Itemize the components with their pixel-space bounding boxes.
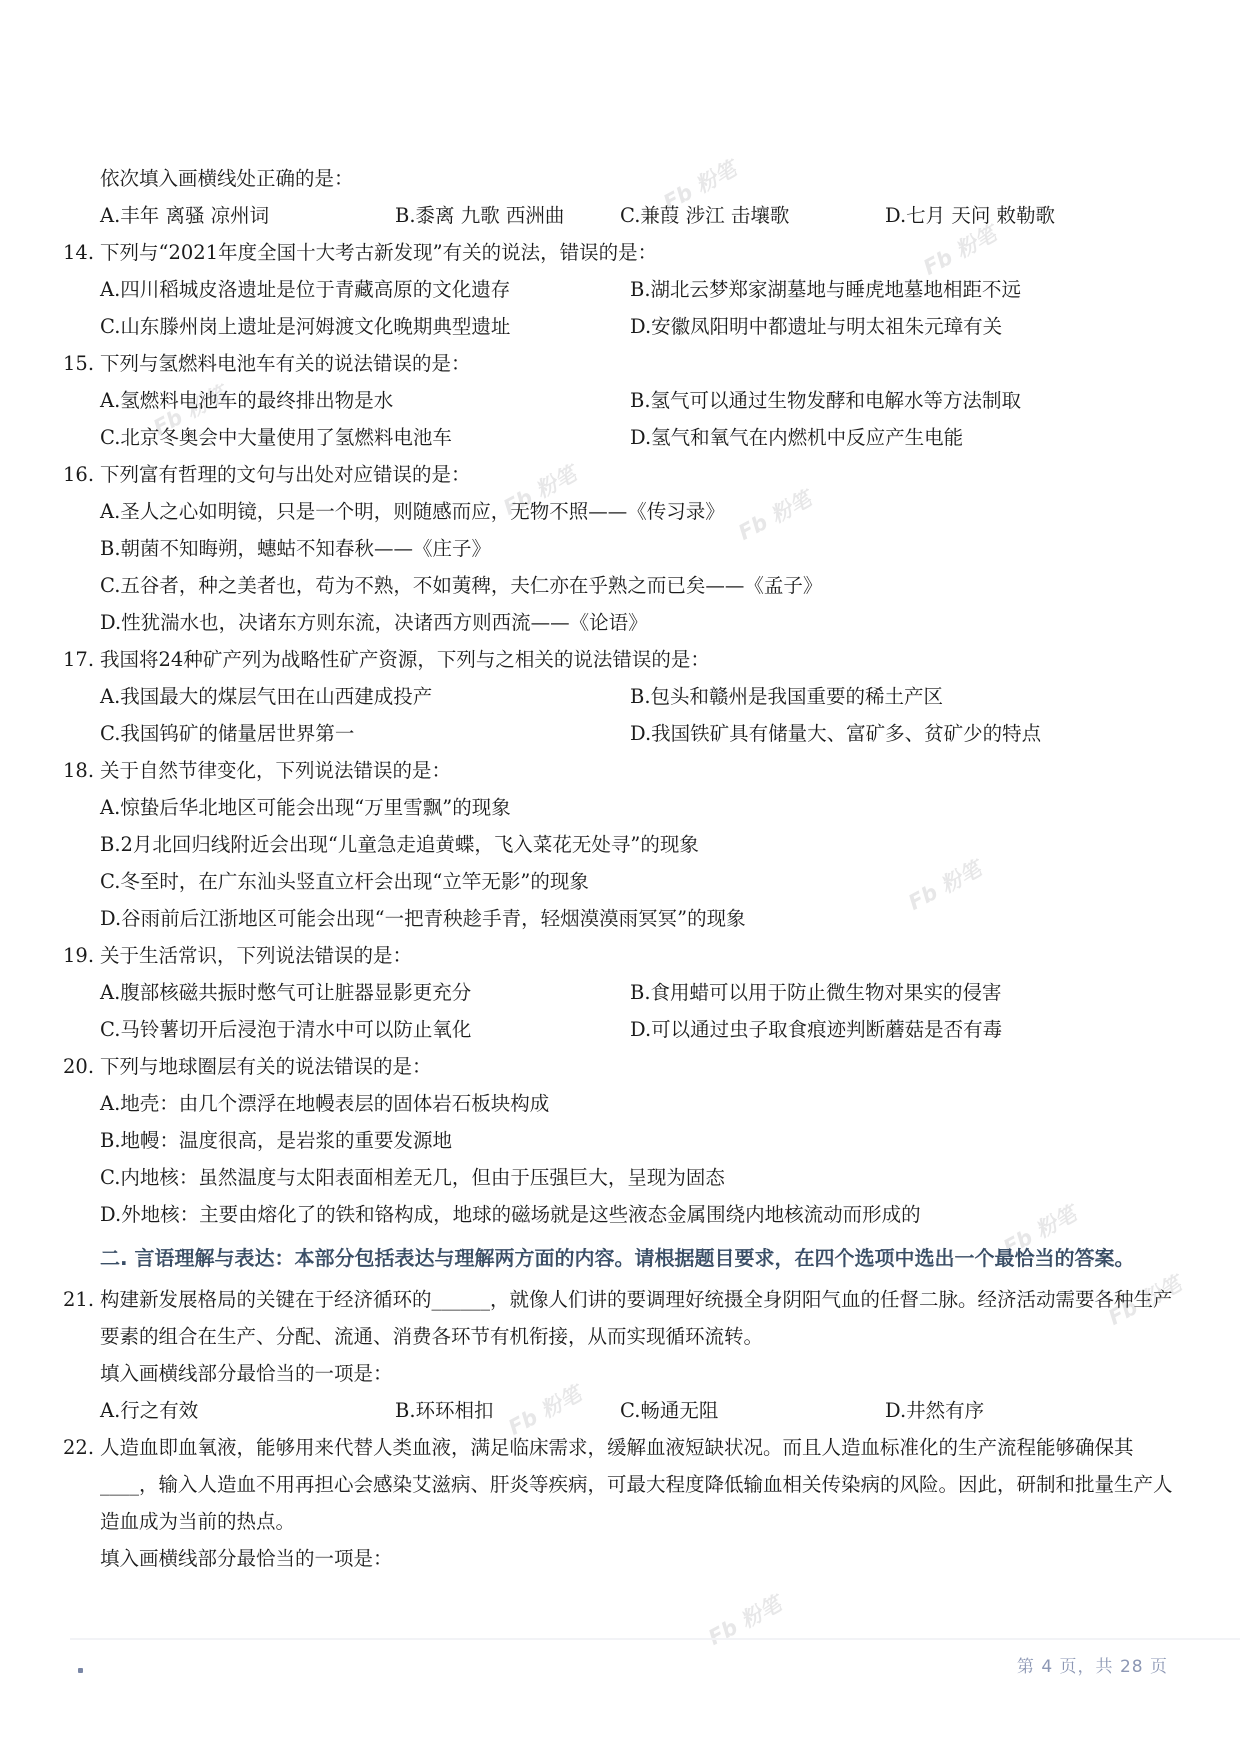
question-stem: 19.关于生活常识，下列说法错误的是：	[60, 937, 1182, 974]
question-19: 19.关于生活常识，下列说法错误的是： A.腹部核磁共振时憋气可让脏器显影更充分…	[60, 937, 1182, 1048]
options-grid: A.氢燃料电池车的最终排出物是水 B.氢气可以通过生物发酵和电解水等方法制取 C…	[60, 382, 1182, 456]
option-d: D.外地核：主要由熔化了的铁和铬构成，地球的磁场就是这些液态金属围绕内地核流动而…	[100, 1196, 1182, 1233]
question-stem: 21.构建新发展格局的关键在于经济循环的______，就像人们讲的要调理好统摄全…	[60, 1281, 1182, 1355]
question-stem: 18.关于自然节律变化，下列说法错误的是：	[60, 752, 1182, 789]
question-18: 18.关于自然节律变化，下列说法错误的是： A.惊蛰后华北地区可能会出现“万里雪…	[60, 752, 1182, 937]
question-number: 17.	[63, 641, 100, 678]
question-number: 22.	[63, 1429, 100, 1466]
option-d: D.可以通过虫子取食痕迹判断蘑菇是否有毒	[630, 1011, 1182, 1048]
option-a: A.行之有效	[100, 1392, 395, 1429]
options-row: A.丰年 离骚 凉州词 B.黍离 九歌 西洲曲 C.兼葭 涉江 击壤歌 D.七月…	[60, 197, 1182, 234]
option-d: D.七月 天问 敕勒歌	[885, 197, 1182, 234]
option-a: A.我国最大的煤层气田在山西建成投产	[100, 678, 630, 715]
question-prompt: 依次填入画横线处正确的是：	[60, 160, 1182, 197]
question-stem: 22.人造血即血氧液，能够用来代替人类血液，满足临床需求，缓解血液短缺状况。而且…	[60, 1429, 1182, 1540]
options-grid: A.腹部核磁共振时憋气可让脏器显影更充分 B.食用蜡可以用于防止微生物对果实的侵…	[60, 974, 1182, 1048]
option-b: B.地幔：温度很高，是岩浆的重要发源地	[100, 1122, 1182, 1159]
question-text: 下列富有哲理的文句与出处对应错误的是：	[100, 463, 471, 486]
option-d: D.井然有序	[885, 1392, 1182, 1429]
option-d: D.谷雨前后江浙地区可能会出现“一把青秧趁手青，轻烟漠漠雨冥冥”的现象	[100, 900, 1182, 937]
question-text: 关于生活常识，下列说法错误的是：	[100, 944, 412, 967]
question-number: 20.	[63, 1048, 100, 1085]
question-prompt: 填入画横线部分最恰当的一项是：	[60, 1355, 1182, 1392]
question-text: 构建新发展格局的关键在于经济循环的______，就像人们讲的要调理好统摄全身阴阳…	[100, 1288, 1173, 1348]
question-21: 21.构建新发展格局的关键在于经济循环的______，就像人们讲的要调理好统摄全…	[60, 1281, 1182, 1429]
option-c: C.五谷者，种之美者也，苟为不熟，不如荑稗，夫仁亦在乎熟之而已矣——《孟子》	[100, 567, 1182, 604]
question-14: 14.下列与“2021年度全国十大考古新发现”有关的说法，错误的是： A.四川稻…	[60, 234, 1182, 345]
question-22: 22.人造血即血氧液，能够用来代替人类血液，满足临床需求，缓解血液短缺状况。而且…	[60, 1429, 1182, 1577]
option-b: B.包头和赣州是我国重要的稀土产区	[630, 678, 1182, 715]
option-b: B.朝菌不知晦朔，蟪蛄不知春秋——《庄子》	[100, 530, 1182, 567]
question-number: 15.	[63, 345, 100, 382]
question-stem: 16.下列富有哲理的文句与出处对应错误的是：	[60, 456, 1182, 493]
options-row: A.行之有效 B.环环相扣 C.畅通无阻 D.井然有序	[60, 1392, 1182, 1429]
question-prompt: 填入画横线部分最恰当的一项是：	[60, 1540, 1182, 1577]
options-list: A.圣人之心如明镜，只是一个明，则随感而应，无物不照——《传习录》 B.朝菌不知…	[60, 493, 1182, 641]
option-a: A.惊蛰后华北地区可能会出现“万里雪飘”的现象	[100, 789, 1182, 826]
question-13-fragment: 依次填入画横线处正确的是： A.丰年 离骚 凉州词 B.黍离 九歌 西洲曲 C.…	[60, 160, 1182, 234]
option-a: A.圣人之心如明镜，只是一个明，则随感而应，无物不照——《传习录》	[100, 493, 1182, 530]
option-c: C.北京冬奥会中大量使用了氢燃料电池车	[100, 419, 630, 456]
question-number: 19.	[63, 937, 100, 974]
option-d: D.氢气和氧气在内燃机中反应产生电能	[630, 419, 1182, 456]
question-text: 下列与地球圈层有关的说法错误的是：	[100, 1055, 432, 1078]
question-number: 16.	[63, 456, 100, 493]
question-20: 20.下列与地球圈层有关的说法错误的是： A.地壳：由几个漂浮在地幔表层的固体岩…	[60, 1048, 1182, 1233]
option-c: C.冬至时，在广东汕头竖直立杆会出现“立竿无影”的现象	[100, 863, 1182, 900]
option-c: C.山东滕州岗上遗址是河姆渡文化晚期典型遗址	[100, 308, 630, 345]
option-c: C.马铃薯切开后浸泡于清水中可以防止氧化	[100, 1011, 630, 1048]
question-16: 16.下列富有哲理的文句与出处对应错误的是： A.圣人之心如明镜，只是一个明，则…	[60, 456, 1182, 641]
question-text: 人造血即血氧液，能够用来代替人类血液，满足临床需求，缓解血液短缺状况。而且人造血…	[100, 1436, 1173, 1533]
question-text: 下列与“2021年度全国十大考古新发现”有关的说法，错误的是：	[100, 241, 657, 264]
question-number: 14.	[63, 234, 100, 271]
option-c: C.内地核：虽然温度与太阳表面相差无几，但由于压强巨大，呈现为固态	[100, 1159, 1182, 1196]
question-text: 关于自然节律变化，下列说法错误的是：	[100, 759, 451, 782]
option-a: A.地壳：由几个漂浮在地幔表层的固体岩石板块构成	[100, 1085, 1182, 1122]
option-c: C.我国钨矿的储量居世界第一	[100, 715, 630, 752]
question-number: 18.	[63, 752, 100, 789]
option-c: C.兼葭 涉江 击壤歌	[620, 197, 885, 234]
footer-divider	[70, 1638, 1240, 1640]
question-text: 我国将24种矿产列为战略性矿产资源，下列与之相关的说法错误的是：	[100, 648, 710, 671]
exam-document-page: Fb 粉笔 Fb 粉笔 Fb 粉笔 Fb 粉笔 Fb 粉笔 Fb 粉笔 Fb 粉…	[0, 0, 1240, 1754]
section-header: 二. 言语理解与表达：本部分包括表达与理解两方面的内容。请根据题目要求，在四个选…	[60, 1238, 1182, 1278]
question-stem: 20.下列与地球圈层有关的说法错误的是：	[60, 1048, 1182, 1085]
options-grid: A.我国最大的煤层气田在山西建成投产 B.包头和赣州是我国重要的稀土产区 C.我…	[60, 678, 1182, 752]
watermark: Fb 粉笔	[703, 1588, 787, 1651]
option-d: D.性犹湍水也，决诸东方则东流，决诸西方则西流——《论语》	[100, 604, 1182, 641]
option-b: B.氢气可以通过生物发酵和电解水等方法制取	[630, 382, 1182, 419]
option-d: D.我国铁矿具有储量大、富矿多、贫矿少的特点	[630, 715, 1182, 752]
option-a: A.腹部核磁共振时憋气可让脏器显影更充分	[100, 974, 630, 1011]
option-b: B.黍离 九歌 西洲曲	[395, 197, 620, 234]
options-list: A.惊蛰后华北地区可能会出现“万里雪飘”的现象 B.2月北回归线附近会出现“儿童…	[60, 789, 1182, 937]
footer-marker-dot	[78, 1668, 83, 1673]
option-d: D.安徽凤阳明中都遗址与明太祖朱元璋有关	[630, 308, 1182, 345]
option-b: B.2月北回归线附近会出现“儿童急走追黄蝶，飞入菜花无处寻”的现象	[100, 826, 1182, 863]
option-c: C.畅通无阻	[620, 1392, 885, 1429]
option-b: B.食用蜡可以用于防止微生物对果实的侵害	[630, 974, 1182, 1011]
option-a: A.氢燃料电池车的最终排出物是水	[100, 382, 630, 419]
question-stem: 14.下列与“2021年度全国十大考古新发现”有关的说法，错误的是：	[60, 234, 1182, 271]
option-a: A.丰年 离骚 凉州词	[100, 197, 395, 234]
option-a: A.四川稻城皮洛遗址是位于青藏高原的文化遗存	[100, 271, 630, 308]
question-stem: 17.我国将24种矿产列为战略性矿产资源，下列与之相关的说法错误的是：	[60, 641, 1182, 678]
options-grid: A.四川稻城皮洛遗址是位于青藏高原的文化遗存 B.湖北云梦郑家湖墓地与睡虎地墓地…	[60, 271, 1182, 345]
option-b: B.湖北云梦郑家湖墓地与睡虎地墓地相距不远	[630, 271, 1182, 308]
question-text: 下列与氢燃料电池车有关的说法错误的是：	[100, 352, 471, 375]
document-content: 依次填入画横线处正确的是： A.丰年 离骚 凉州词 B.黍离 九歌 西洲曲 C.…	[60, 160, 1182, 1577]
footer-page-number: 第 4 页，共 28 页	[1017, 1652, 1168, 1677]
option-b: B.环环相扣	[395, 1392, 620, 1429]
question-15: 15.下列与氢燃料电池车有关的说法错误的是： A.氢燃料电池车的最终排出物是水 …	[60, 345, 1182, 456]
question-number: 21.	[63, 1281, 100, 1318]
options-list: A.地壳：由几个漂浮在地幔表层的固体岩石板块构成 B.地幔：温度很高，是岩浆的重…	[60, 1085, 1182, 1233]
question-17: 17.我国将24种矿产列为战略性矿产资源，下列与之相关的说法错误的是： A.我国…	[60, 641, 1182, 752]
question-stem: 15.下列与氢燃料电池车有关的说法错误的是：	[60, 345, 1182, 382]
